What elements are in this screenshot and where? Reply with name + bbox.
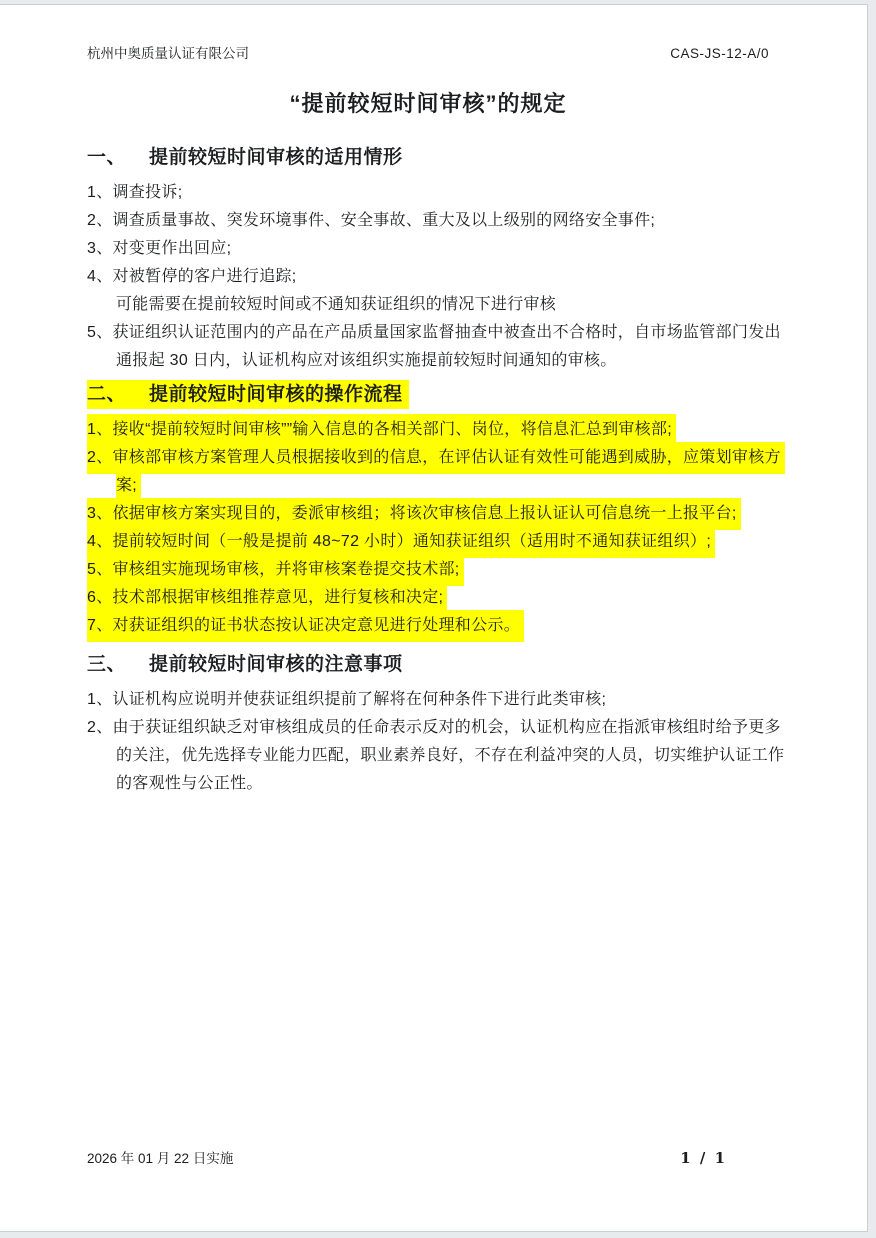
- list-item-line: 5、获证组织认证范围内的产品在产品质量国家监督抽查中被查出不合格时，自市场监管部…: [87, 319, 779, 347]
- section-heading: 一、提前较短时间审核的适用情形: [87, 145, 779, 171]
- list-item-line: 3、依据审核方案实现目的，委派审核组；将该次审核信息上报认证认可信息统一上报平台…: [87, 500, 779, 528]
- list-item-line: 4、对被暂停的客户进行追踪;: [87, 263, 779, 291]
- list-item-text: 的客观性与公正性。: [116, 768, 267, 800]
- list-item-line: 2、由于获证组织缺乏对审核组成员的任命表示反对的机会，认证机构应在指派审核组时给…: [87, 714, 779, 742]
- list-item-line: 6、技术部根据审核组推荐意见，进行复核和决定;: [87, 584, 779, 612]
- list-item-line: 2、审核部审核方案管理人员根据接收到的信息，在评估认证有效性可能遇到威胁，应策划…: [87, 444, 779, 472]
- document-header: 杭州中奥质量认证有限公司 CAS-JS-12-A/0: [87, 45, 769, 63]
- section-items: 1、调查投诉;2、调查质量事故、突发环境事件、安全事故、重大及以上级别的网络安全…: [87, 179, 779, 375]
- list-item-line: 的关注，优先选择专业能力匹配，职业素养良好，不存在利益冲突的人员，切实维护认证工…: [87, 742, 779, 770]
- section-1: 一、提前较短时间审核的适用情形1、调查投诉;2、调查质量事故、突发环境事件、安全…: [87, 145, 779, 375]
- list-item-text: 通报起 30 日内，认证机构应对该组织实施提前较短时间通知的审核。: [116, 345, 621, 377]
- list-item-text: 7、对获证组织的证书状态按认证决定意见进行处理和公示。: [87, 610, 524, 642]
- list-item-line: 通报起 30 日内，认证机构应对该组织实施提前较短时间通知的审核。: [87, 347, 779, 375]
- section-heading: 三、提前较短时间审核的注意事项: [87, 652, 779, 678]
- list-item-line: 1、接收“提前较短时间审核””输入信息的各相关部门、岗位，将信息汇总到审核部;: [87, 416, 779, 444]
- section-number: 一、: [87, 145, 149, 171]
- section-heading-text: 提前较短时间审核的操作流程: [149, 384, 403, 405]
- list-item-line: 的客观性与公正性。: [87, 770, 779, 798]
- company-name: 杭州中奥质量认证有限公司: [87, 45, 249, 63]
- list-item-line: 1、认证机构应说明并使获证组织提前了解将在何种条件下进行此类审核;: [87, 686, 779, 714]
- list-item-line: 案;: [87, 472, 779, 500]
- list-item-line: 5、审核组实施现场审核，并将审核案卷提交技术部;: [87, 556, 779, 584]
- section-number: 三、: [87, 652, 149, 678]
- heading-text-wrap: 三、提前较短时间审核的注意事项: [87, 654, 403, 675]
- section-heading: 二、提前较短时间审核的操作流程: [87, 382, 779, 408]
- section-2: 二、提前较短时间审核的操作流程1、接收“提前较短时间审核””输入信息的各相关部门…: [87, 382, 779, 640]
- list-item-line: 1、调查投诉;: [87, 179, 779, 207]
- document-viewer: 杭州中奥质量认证有限公司 CAS-JS-12-A/0 “提前较短时间审核”的规定…: [0, 0, 876, 1238]
- document-body: 一、提前较短时间审核的适用情形1、调查投诉;2、调查质量事故、突发环境事件、安全…: [87, 145, 779, 798]
- list-item-line: 2、调查质量事故、突发环境事件、安全事故、重大及以上级别的网络安全事件;: [87, 207, 779, 235]
- section-items: 1、接收“提前较短时间审核””输入信息的各相关部门、岗位，将信息汇总到审核部;2…: [87, 416, 779, 640]
- section-items: 1、认证机构应说明并使获证组织提前了解将在何种条件下进行此类审核;2、由于获证组…: [87, 686, 779, 798]
- page-number: 1 / 1: [680, 1149, 727, 1167]
- doc-code: CAS-JS-12-A/0: [670, 45, 769, 63]
- section-heading-text: 提前较短时间审核的适用情形: [149, 147, 403, 168]
- section-3: 三、提前较短时间审核的注意事项1、认证机构应说明并使获证组织提前了解将在何种条件…: [87, 652, 779, 798]
- list-item-line: 7、对获证组织的证书状态按认证决定意见进行处理和公示。: [87, 612, 779, 640]
- heading-highlight: 二、提前较短时间审核的操作流程: [87, 380, 409, 409]
- document-title: “提前较短时间审核”的规定: [87, 89, 769, 119]
- document-page: 杭州中奥质量认证有限公司 CAS-JS-12-A/0 “提前较短时间审核”的规定…: [0, 4, 868, 1232]
- list-item-line: 4、提前较短时间（一般是提前 48~72 小时）通知获证组织（适用时不通知获证组…: [87, 528, 779, 556]
- section-number: 二、: [87, 382, 149, 408]
- list-item-line: 3、对变更作出回应;: [87, 235, 779, 263]
- list-item-text: 2、审核部审核方案管理人员根据接收到的信息，在评估认证有效性可能遇到威胁，应策划…: [87, 442, 785, 474]
- heading-text-wrap: 一、提前较短时间审核的适用情形: [87, 147, 403, 168]
- document-footer: 2026 年 01 月 22 日实施 1 / 1: [87, 1149, 727, 1168]
- effective-date: 2026 年 01 月 22 日实施: [87, 1150, 233, 1168]
- section-heading-text: 提前较短时间审核的注意事项: [149, 654, 403, 675]
- list-item-line: 可能需要在提前较短时间或不通知获证组织的情况下进行审核: [87, 291, 779, 319]
